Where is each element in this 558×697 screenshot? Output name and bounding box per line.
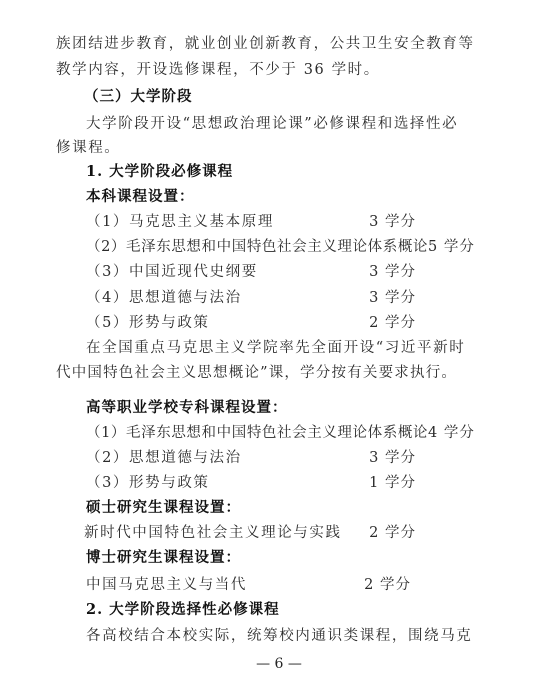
course-name: （2）思想道德与法治 bbox=[86, 448, 242, 468]
vocational-heading: 高等职业学校专科课程设置： bbox=[86, 398, 416, 418]
course-credit: 3 学分 bbox=[369, 448, 416, 468]
course-credit: 2 学分 bbox=[369, 313, 416, 333]
course-name: （5）形势与政策 bbox=[86, 313, 210, 333]
course-row: 新时代中国特色社会主义理论与实践 2 学分 bbox=[84, 523, 416, 543]
course-row: 中国马克思主义与当代 2 学分 bbox=[86, 575, 411, 595]
course-name: 中国马克思主义与当代 bbox=[86, 575, 247, 595]
course-credit: 3 学分 bbox=[369, 262, 416, 282]
course-row: （2）毛泽东思想和中国特色社会主义理论体系概论 5 学分 bbox=[86, 237, 416, 257]
masters-heading: 硕士研究生课程设置： bbox=[86, 498, 416, 518]
course-row: （5）形势与政策 2 学分 bbox=[86, 313, 416, 333]
course-name: （4）思想道德与法治 bbox=[86, 288, 242, 308]
paragraph-line: 代中国特色社会主义思想概论”课，学分按有关要求执行。 bbox=[56, 363, 416, 383]
course-credit: 1 学分 bbox=[369, 473, 416, 493]
course-credit: 2 学分 bbox=[369, 523, 416, 543]
course-name: （3）形势与政策 bbox=[86, 473, 210, 493]
course-credit: 2 学分 bbox=[364, 575, 411, 595]
course-credit: 5 学分 bbox=[428, 237, 475, 257]
course-name: （1）马克思主义基本原理 bbox=[86, 212, 274, 232]
course-credit: 3 学分 bbox=[369, 212, 416, 232]
paragraph-line: 各高校结合本校实际，统筹校内通识类课程，围绕马克 bbox=[86, 626, 416, 646]
course-name: （2）毛泽东思想和中国特色社会主义理论体系概论 bbox=[86, 237, 428, 257]
course-row: （2）思想道德与法治 3 学分 bbox=[86, 448, 416, 468]
course-row: （1）马克思主义基本原理 3 学分 bbox=[86, 212, 416, 232]
course-row: （3）形势与政策 1 学分 bbox=[86, 473, 416, 493]
paragraph-line: 修课程。 bbox=[56, 138, 416, 158]
doctoral-heading: 博士研究生课程设置： bbox=[86, 548, 416, 568]
course-name: （1）毛泽东思想和中国特色社会主义理论体系概论 bbox=[86, 423, 428, 443]
course-credit: 4 学分 bbox=[428, 423, 475, 443]
page-number: — 6 — bbox=[0, 656, 558, 672]
course-name: 新时代中国特色社会主义理论与实践 bbox=[84, 523, 342, 543]
paragraph-line: 族团结进步教育，就业创业创新教育，公共卫生安全教育等 bbox=[56, 34, 416, 54]
course-row: （4）思想道德与法治 3 学分 bbox=[86, 288, 416, 308]
course-credit: 3 学分 bbox=[369, 288, 416, 308]
undergrad-heading: 本科课程设置： bbox=[86, 187, 416, 207]
paragraph-line: 在全国重点马克思主义学院率先全面开设“习近平新时 bbox=[86, 338, 416, 358]
subsection-heading: 2. 大学阶段选择性必修课程 bbox=[86, 600, 416, 620]
course-row: （1）毛泽东思想和中国特色社会主义理论体系概论 4 学分 bbox=[86, 423, 416, 443]
subsection-heading: 1. 大学阶段必修课程 bbox=[86, 162, 416, 182]
paragraph-line: 教学内容，开设选修课程，不少于 36 学时。 bbox=[56, 60, 416, 80]
paragraph-line: 大学阶段开设“思想政治理论课”必修课程和选择性必 bbox=[86, 114, 416, 134]
course-name: （3）中国近现代史纲要 bbox=[86, 262, 258, 282]
course-row: （3）中国近现代史纲要 3 学分 bbox=[86, 262, 416, 282]
section-heading: （三）大学阶段 bbox=[84, 87, 414, 107]
